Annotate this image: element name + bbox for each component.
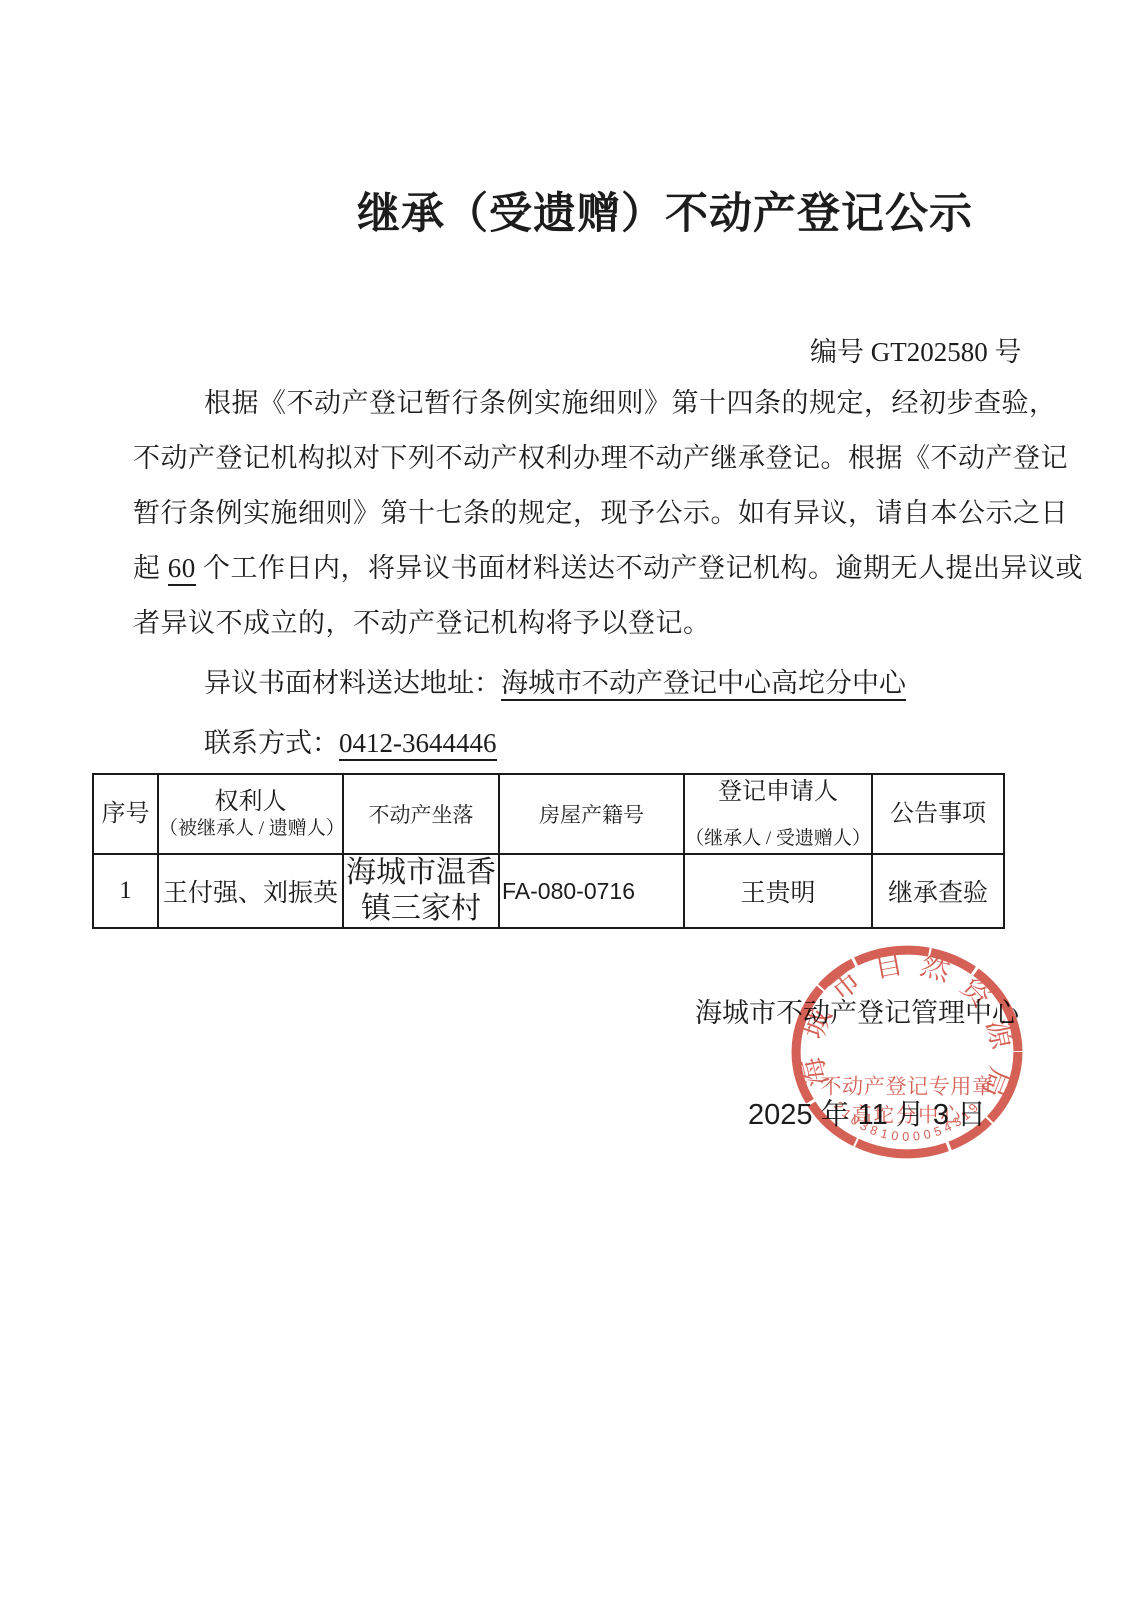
header-location-label: 不动产坐落	[344, 799, 498, 829]
header-cell-no: 序号	[93, 774, 158, 854]
cell-row-no: 1	[93, 854, 158, 928]
paragraph-line-2: 不动产登记机构拟对下列不动产权利办理不动产继承登记。根据《不动产登记	[133, 441, 1013, 475]
header-owner-sublabel: （被继承人 / 遗赠人）	[159, 817, 342, 841]
paragraph-line-4: 起 60 个工作日内，将异议书面材料送达不动产登记机构。逾期无人提出异议或	[133, 551, 1013, 585]
header-no-label: 序号	[94, 799, 157, 829]
row-owner-value: 王付强、刘振英	[159, 873, 342, 909]
issue-date: 2025 年 11 月 3 日	[748, 1092, 986, 1133]
header-cell-applicant: 登记申请人 （继承人 / 受遗赠人）	[684, 774, 872, 854]
table-row: 1 王付强、刘振英 海城市温香镇三家村 FA-080-0716 王贵明	[93, 854, 1004, 928]
table-header-row: 序号 权利人 （被继承人 / 遗赠人） 不动产坐落 房屋产籍号 登记申请人	[93, 774, 1004, 854]
cell-applicant: 王贵明	[684, 854, 872, 928]
notice-document: 继承（受遗赠）不动产登记公示 编号 GT202580 号 根据《不动产登记暂行条…	[0, 0, 1128, 1599]
header-house-no-label: 房屋产籍号	[500, 799, 683, 829]
issuing-org: 海城市不动产登记管理中心	[695, 991, 1019, 1030]
row-applicant-value: 王贵明	[685, 873, 871, 909]
document-number: 编号 GT202580 号	[810, 330, 1022, 369]
header-cell-location: 不动产坐落	[343, 774, 499, 854]
registration-table-wrapper: 序号 权利人 （被继承人 / 遗赠人） 不动产坐落 房屋产籍号 登记申请人	[92, 773, 1005, 929]
objection-address-line: 异议书面材料送达地址：海城市不动产登记中心高坨分中心	[204, 661, 906, 700]
paragraph-line-1: 根据《不动产登记暂行条例实施细则》第十四条的规定，经初步查验，	[133, 386, 1013, 420]
cell-house-no: FA-080-0716	[499, 854, 684, 928]
address-value: 海城市不动产登记中心高坨分中心	[501, 668, 906, 701]
address-label: 异议书面材料送达地址：	[204, 668, 501, 698]
paragraph-line-4-suffix: 个工作日内，将异议书面材料送达不动产登记机构。逾期无人提出异议或	[196, 553, 1083, 583]
paragraph-line-3: 暂行条例实施细则》第十七条的规定，现予公示。如有异议，请自本公示之日	[133, 496, 1013, 530]
row-location-value: 海城市温香镇三家村	[344, 855, 498, 927]
contact-line: 联系方式：0412-3644446	[204, 721, 497, 760]
cell-location: 海城市温香镇三家村	[343, 854, 499, 928]
header-applicant-sublabel: （继承人 / 受遗赠人）	[685, 827, 871, 851]
header-cell-matter: 公告事项	[872, 774, 1004, 854]
header-applicant-label: 登记申请人	[685, 777, 871, 807]
paragraph-line-5: 者异议不成立的，不动产登记机构将予以登记。	[133, 606, 1013, 640]
row-matter-value: 继承查验	[873, 873, 1003, 909]
objection-days-value: 60	[168, 553, 196, 586]
header-matter-label: 公告事项	[873, 799, 1003, 829]
paragraph-line-4-prefix: 起	[133, 553, 168, 583]
cell-matter: 继承查验	[872, 854, 1004, 928]
row-house-no-value: FA-080-0716	[500, 878, 683, 905]
cell-owner: 王付强、刘振英	[158, 854, 343, 928]
row-no-value: 1	[94, 877, 157, 905]
contact-label: 联系方式：	[204, 728, 339, 758]
page-title: 继承（受遗赠）不动产登记公示	[357, 180, 973, 241]
header-cell-owner: 权利人 （被继承人 / 遗赠人）	[158, 774, 343, 854]
registration-table: 序号 权利人 （被继承人 / 遗赠人） 不动产坐落 房屋产籍号 登记申请人	[92, 773, 1005, 929]
header-cell-house-no: 房屋产籍号	[499, 774, 684, 854]
header-owner-label: 权利人	[159, 787, 342, 817]
contact-phone-value: 0412-3644446	[339, 728, 497, 761]
